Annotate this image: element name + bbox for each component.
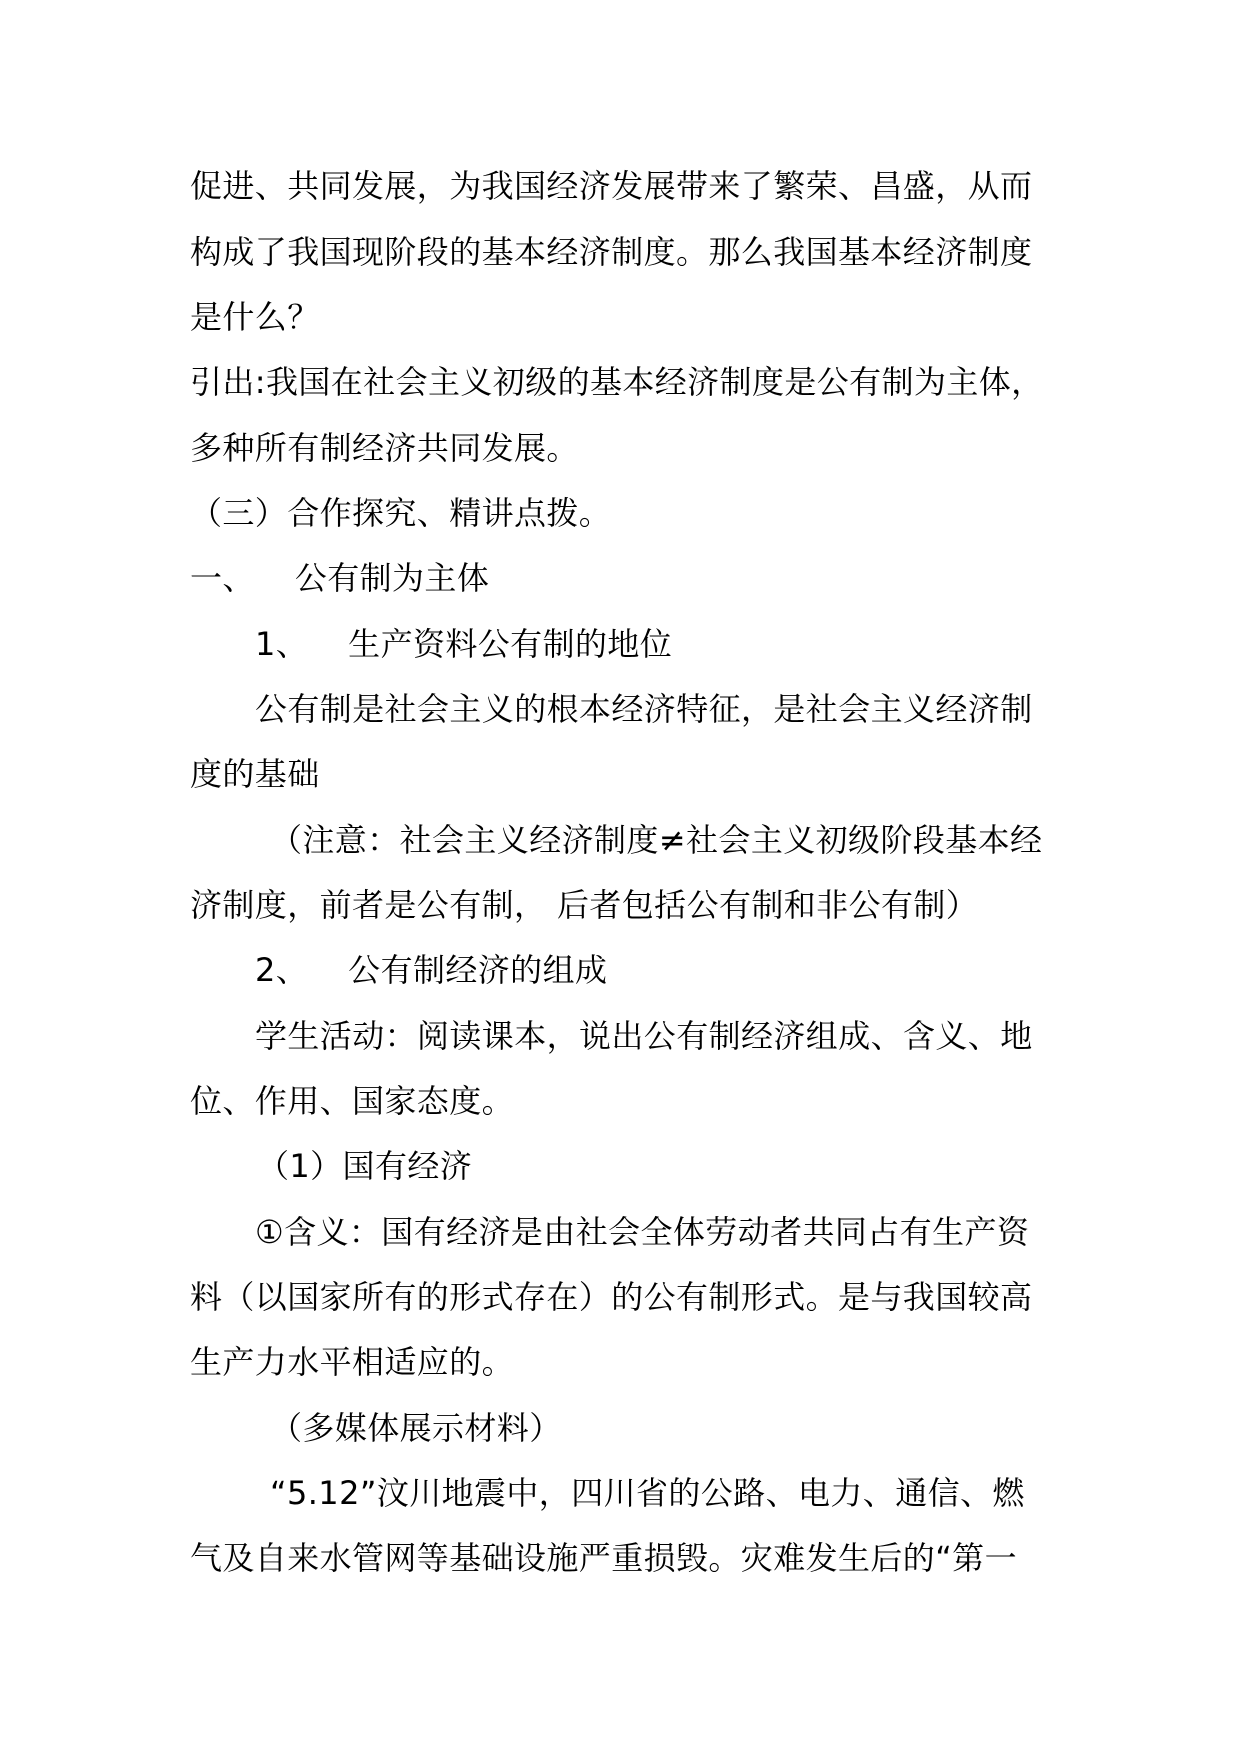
paragraph-line: “5.12”汶川地震中，四川省的公路、电力、通信、燃 [270, 1473, 1025, 1513]
heading-level-1: 一、公有制为主体 [190, 558, 489, 598]
line-text: 学生活动：阅读课本，说出公有制经济组成、含义、地 [255, 1017, 1033, 1055]
line-text: “5.12”汶川地震中，四川省的公路、电力、通信、燃 [270, 1474, 1025, 1512]
document-page: 促进、共同发展，为我国经济发展带来了繁荣、昌盛，从而 构成了我国现阶段的基本经济… [0, 0, 1241, 1754]
paragraph-line: 料（以国家所有的形式存在）的公有制形式。是与我国较高 [190, 1277, 1032, 1317]
paragraph-line: 学生活动：阅读课本，说出公有制经济组成、含义、地 [255, 1016, 1033, 1056]
line-text: 生产力水平相适应的。 [190, 1343, 514, 1381]
line-text: 料（以国家所有的形式存在）的公有制形式。是与我国较高 [190, 1278, 1032, 1316]
paragraph-line: 构成了我国现阶段的基本经济制度。那么我国基本经济制度 [190, 232, 1032, 272]
heading-text: 公有制经济的组成 [348, 951, 607, 989]
heading-level-3: （1）国有经济 [257, 1146, 472, 1186]
line-text: 促进、共同发展，为我国经济发展带来了繁荣、昌盛，从而 [190, 167, 1032, 205]
paragraph-line: 促进、共同发展，为我国经济发展带来了繁荣、昌盛，从而 [190, 166, 1032, 206]
note-line: （注意：社会主义经济制度≠社会主义初级阶段基本经 [270, 820, 1042, 860]
note-line: 济制度，前者是公有制， 后者包括公有制和非公有制） [190, 885, 978, 925]
line-text: 位、作用、国家态度。 [190, 1082, 514, 1120]
section-heading: （三）合作探究、精讲点拨。 [190, 493, 611, 533]
line-text: （多媒体展示材料） [270, 1409, 562, 1447]
heading-number: 2、 [255, 951, 308, 989]
line-text: ①含义：国有经济是由社会全体劳动者共同占有生产资 [255, 1213, 1029, 1251]
paragraph-line: ①含义：国有经济是由社会全体劳动者共同占有生产资 [255, 1212, 1029, 1252]
heading-level-2: 1、生产资料公有制的地位 [255, 624, 672, 664]
heading-level-2: 2、公有制经济的组成 [255, 950, 607, 990]
paragraph-line: （多媒体展示材料） [270, 1408, 562, 1448]
line-text: 引出:我国在社会主义初级的基本经济制度是公有制为主体， [190, 363, 1044, 401]
paragraph-line: 位、作用、国家态度。 [190, 1081, 514, 1121]
heading-number: 1、 [255, 625, 308, 663]
paragraph-line: 气及自来水管网等基础设施严重损毁。灾难发生后的“第一 [190, 1538, 1017, 1578]
line-text: 济制度，前者是公有制， 后者包括公有制和非公有制） [190, 886, 978, 924]
paragraph-line: 引出:我国在社会主义初级的基本经济制度是公有制为主体， [190, 362, 1044, 402]
paragraph-line: 多种所有制经济共同发展。 [190, 428, 579, 468]
line-text: 是什么？ [190, 298, 320, 336]
paragraph-line: 度的基础 [190, 754, 320, 794]
heading-number: 一、 [190, 559, 255, 597]
line-text: 构成了我国现阶段的基本经济制度。那么我国基本经济制度 [190, 233, 1032, 271]
line-text: 公有制是社会主义的根本经济特征，是社会主义经济制 [255, 690, 1033, 728]
paragraph-line: 是什么？ [190, 297, 320, 337]
heading-text: 生产资料公有制的地位 [348, 625, 672, 663]
heading-text: 公有制为主体 [295, 559, 489, 597]
line-text: （三）合作探究、精讲点拨。 [190, 494, 611, 532]
line-text: 度的基础 [190, 755, 320, 793]
paragraph-line: 公有制是社会主义的根本经济特征，是社会主义经济制 [255, 689, 1033, 729]
line-text: 气及自来水管网等基础设施严重损毁。灾难发生后的“第一 [190, 1539, 1017, 1577]
line-text: （1）国有经济 [257, 1147, 472, 1185]
paragraph-line: 生产力水平相适应的。 [190, 1342, 514, 1382]
line-text: 多种所有制经济共同发展。 [190, 429, 579, 467]
line-text: （注意：社会主义经济制度≠社会主义初级阶段基本经 [270, 821, 1042, 859]
